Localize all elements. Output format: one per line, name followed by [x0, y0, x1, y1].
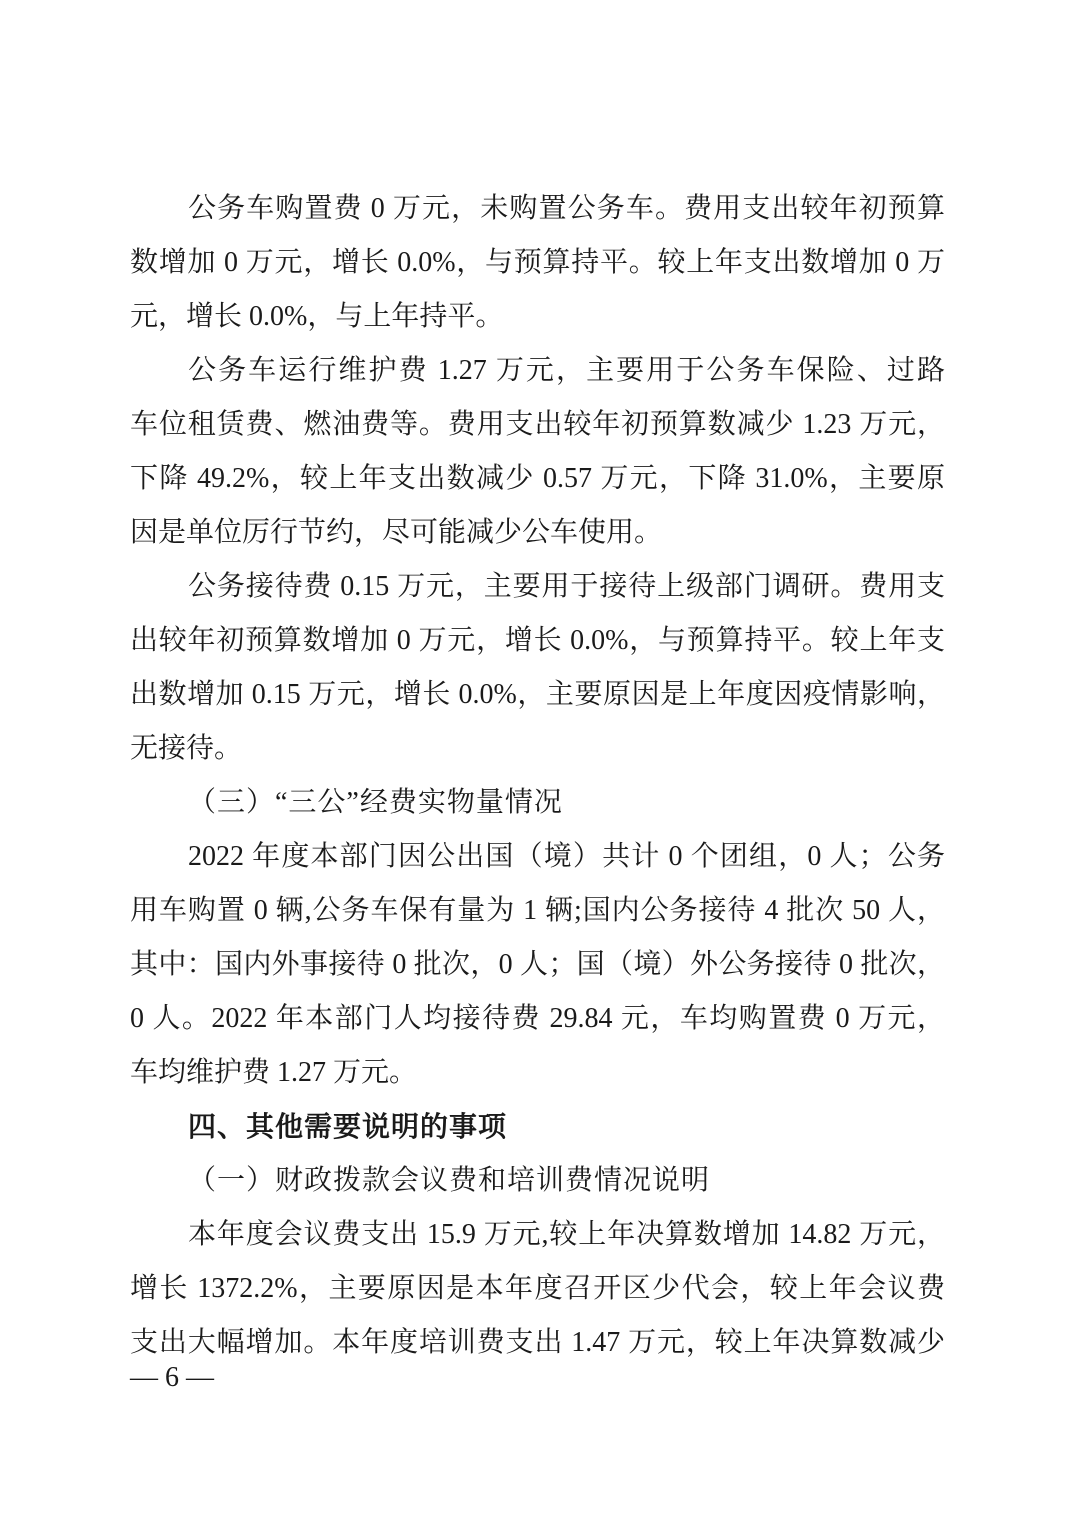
body-text-line: 下降 49.2%，较上年支出数减少 0.57 万元，下降 31.0%，主要原: [130, 452, 945, 506]
section-heading-three-public-quantities: （三）“三公”经费实物量情况: [130, 776, 945, 830]
document-page: 公务车购置费 0 万元，未购置公务车。费用支出较年初预算 数增加 0 万元，增长…: [0, 0, 1074, 1520]
body-text-line: 车位租赁费、燃油费等。费用支出较年初预算数减少 1.23 万元，: [130, 398, 945, 452]
body-text-line: 公务车购置费 0 万元，未购置公务车。费用支出较年初预算: [130, 182, 945, 236]
page-number: — 6 —: [130, 1358, 214, 1398]
body-text-line: 0 人。2022 年本部门人均接待费 29.84 元，车均购置费 0 万元，: [130, 992, 945, 1046]
body-text-line: 元，增长 0.0%，与上年持平。: [130, 290, 945, 344]
body-text-line: 出数增加 0.15 万元，增长 0.0%，主要原因是上年度因疫情影响，: [130, 668, 945, 722]
section-heading-other-matters: 四、其他需要说明的事项: [130, 1100, 945, 1154]
section-heading-meeting-training-fees: （一）财政拨款会议费和培训费情况说明: [130, 1154, 945, 1208]
body-text-line: 出较年初预算数增加 0 万元，增长 0.0%，与预算持平。较上年支: [130, 614, 945, 668]
body-text-line: 因是单位厉行节约，尽可能减少公车使用。: [130, 506, 945, 560]
document-body: 公务车购置费 0 万元，未购置公务车。费用支出较年初预算 数增加 0 万元，增长…: [130, 182, 945, 1370]
body-text-line: 车均维护费 1.27 万元。: [130, 1046, 945, 1100]
body-text-line: 用车购置 0 辆,公务车保有量为 1 辆;国内公务接待 4 批次 50 人，: [130, 884, 945, 938]
body-text-line: 本年度会议费支出 15.9 万元,较上年决算数增加 14.82 万元，: [130, 1208, 945, 1262]
body-text-line: 支出大幅增加。本年度培训费支出 1.47 万元，较上年决算数减少: [130, 1316, 945, 1370]
body-text-line: 其中：国内外事接待 0 批次，0 人；国（境）外公务接待 0 批次，: [130, 938, 945, 992]
body-text-line: 公务车运行维护费 1.27 万元，主要用于公务车保险、过路费、: [130, 344, 945, 398]
body-text-line: 无接待。: [130, 722, 945, 776]
body-text-line: 2022 年度本部门因公出国（境）共计 0 个团组，0 人；公务: [130, 830, 945, 884]
body-text-line: 数增加 0 万元，增长 0.0%，与预算持平。较上年支出数增加 0 万: [130, 236, 945, 290]
body-text-line: 增长 1372.2%，主要原因是本年度召开区少代会，较上年会议费: [130, 1262, 945, 1316]
body-text-line: 公务接待费 0.15 万元，主要用于接待上级部门调研。费用支: [130, 560, 945, 614]
